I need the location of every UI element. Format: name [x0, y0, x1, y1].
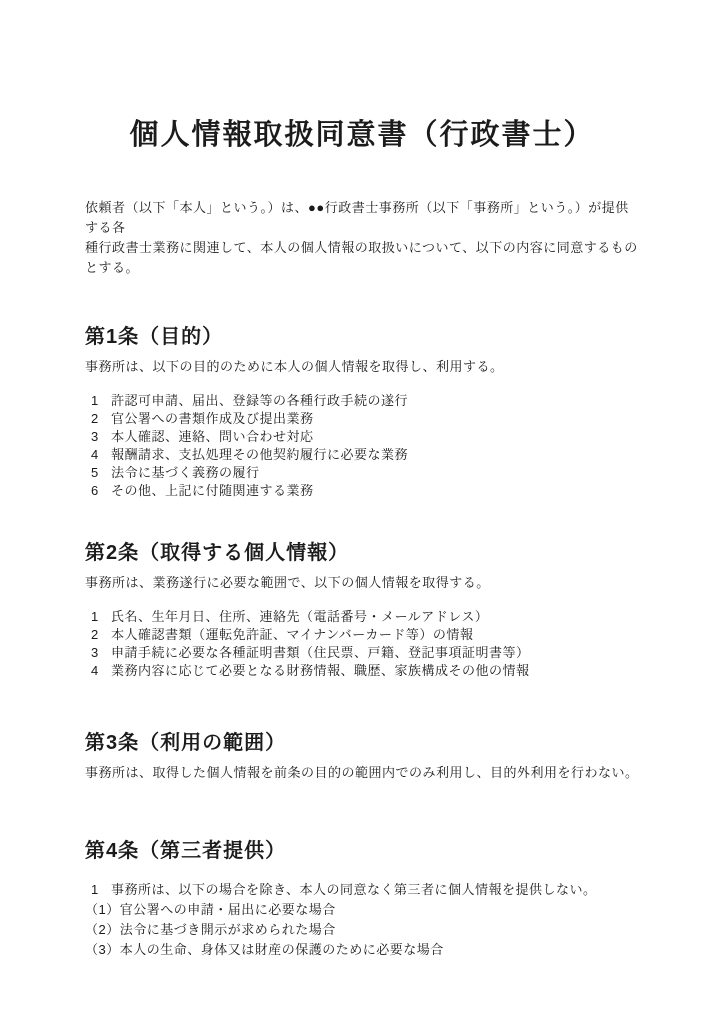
list-item-number: 3 [85, 428, 111, 446]
article-3-body: 事務所は、取得した個人情報を前条の目的の範囲内でのみ利用し、目的外利用を行わない… [85, 764, 639, 782]
article-2-list: 1 氏名、生年月日、住所、連絡先（電話番号・メールアドレス） 2 本人確認書類（… [85, 608, 639, 680]
intro-paragraph: 依頼者（以下「本人」という。）は、●●行政書士事務所（以下「事務所」という。）が… [85, 198, 639, 278]
list-item-text: 事務所は、以下の場合を除き、本人の同意なく第三者に個人情報を提供しない。 [111, 880, 639, 900]
list-item: 6 その他、上記に付随関連する業務 [85, 482, 639, 500]
list-item-text: その他、上記に付随関連する業務 [111, 482, 639, 500]
article-4-heading: 第4条（第三者提供） [85, 838, 639, 864]
list-item-text: 申請手続に必要な各種証明書類（住民票、戸籍、登記事項証明書等） [111, 644, 639, 662]
list-item-number: （3） [85, 942, 120, 957]
list-item: （1）官公署への申請・届出に必要な場合 [85, 900, 639, 920]
list-item: （3）本人の生命、身体又は財産の保護のために必要な場合 [85, 940, 639, 960]
list-item-text: 官公署への申請・届出に必要な場合 [120, 902, 336, 917]
section-article-2: 第2条（取得する個人情報） 事務所は、業務遂行に必要な範囲で、以下の個人情報を取… [85, 540, 639, 680]
article-1-heading: 第1条（目的） [85, 324, 639, 350]
list-item-text: 許認可申請、届出、登録等の各種行政手続の遂行 [111, 392, 639, 410]
list-item-number: 4 [85, 662, 111, 680]
list-item-text: 本人確認、連絡、問い合わせ対応 [111, 428, 639, 446]
list-item-number: 3 [85, 644, 111, 662]
section-article-3: 第3条（利用の範囲） 事務所は、取得した個人情報を前条の目的の範囲内でのみ利用し… [85, 730, 639, 782]
list-item-text: 業務内容に応じて必要となる財務情報、職歴、家族構成その他の情報 [111, 662, 639, 680]
section-article-1: 第1条（目的） 事務所は、以下の目的のために本人の個人情報を取得し、利用する。 … [85, 324, 639, 500]
list-item-number: 1 [85, 392, 111, 410]
list-item-number: 4 [85, 446, 111, 464]
list-item: 1 事務所は、以下の場合を除き、本人の同意なく第三者に個人情報を提供しない。 [85, 880, 639, 900]
list-item: 2 官公署への書類作成及び提出業務 [85, 410, 639, 428]
list-item-number: 2 [85, 410, 111, 428]
list-item-text: 本人の生命、身体又は財産の保護のために必要な場合 [120, 942, 444, 957]
list-item: 1 氏名、生年月日、住所、連絡先（電話番号・メールアドレス） [85, 608, 639, 626]
article-2-body: 事務所は、業務遂行に必要な範囲で、以下の個人情報を取得する。 [85, 574, 639, 592]
list-item-number: 1 [85, 880, 111, 900]
document-title: 個人情報取扱同意書（行政書士） [85, 116, 639, 154]
list-item-text: 本人確認書類（運転免許証、マイナンバーカード等）の情報 [111, 626, 639, 644]
list-item: （2）法令に基づき開示が求められた場合 [85, 920, 639, 940]
list-item: 3 本人確認、連絡、問い合わせ対応 [85, 428, 639, 446]
article-2-heading: 第2条（取得する個人情報） [85, 540, 639, 566]
list-item-text: 氏名、生年月日、住所、連絡先（電話番号・メールアドレス） [111, 608, 639, 626]
list-item-text: 法令に基づく義務の履行 [111, 464, 639, 482]
list-item-number: 1 [85, 608, 111, 626]
article-1-list: 1 許認可申請、届出、登録等の各種行政手続の遂行 2 官公署への書類作成及び提出… [85, 392, 639, 500]
list-item-number: 2 [85, 626, 111, 644]
list-item: 2 本人確認書類（運転免許証、マイナンバーカード等）の情報 [85, 626, 639, 644]
document-page: 個人情報取扱同意書（行政書士） 依頼者（以下「本人」という。）は、●●行政書士事… [0, 0, 724, 1024]
list-item: 5 法令に基づく義務の履行 [85, 464, 639, 482]
list-item-number: （1） [85, 902, 120, 917]
list-item-number: 6 [85, 482, 111, 500]
list-item-text: 報酬請求、支払処理その他契約履行に必要な業務 [111, 446, 639, 464]
list-item-number: 5 [85, 464, 111, 482]
list-item-text: 官公署への書類作成及び提出業務 [111, 410, 639, 428]
list-item-number: （2） [85, 922, 120, 937]
section-article-4: 第4条（第三者提供） 1 事務所は、以下の場合を除き、本人の同意なく第三者に個人… [85, 838, 639, 960]
article-3-heading: 第3条（利用の範囲） [85, 730, 639, 756]
list-item: 4 報酬請求、支払処理その他契約履行に必要な業務 [85, 446, 639, 464]
article-4-list: 1 事務所は、以下の場合を除き、本人の同意なく第三者に個人情報を提供しない。 （… [85, 880, 639, 960]
article-1-body: 事務所は、以下の目的のために本人の個人情報を取得し、利用する。 [85, 358, 639, 376]
list-item: 4 業務内容に応じて必要となる財務情報、職歴、家族構成その他の情報 [85, 662, 639, 680]
list-item-text: 法令に基づき開示が求められた場合 [120, 922, 336, 937]
list-item: 1 許認可申請、届出、登録等の各種行政手続の遂行 [85, 392, 639, 410]
list-item: 3 申請手続に必要な各種証明書類（住民票、戸籍、登記事項証明書等） [85, 644, 639, 662]
